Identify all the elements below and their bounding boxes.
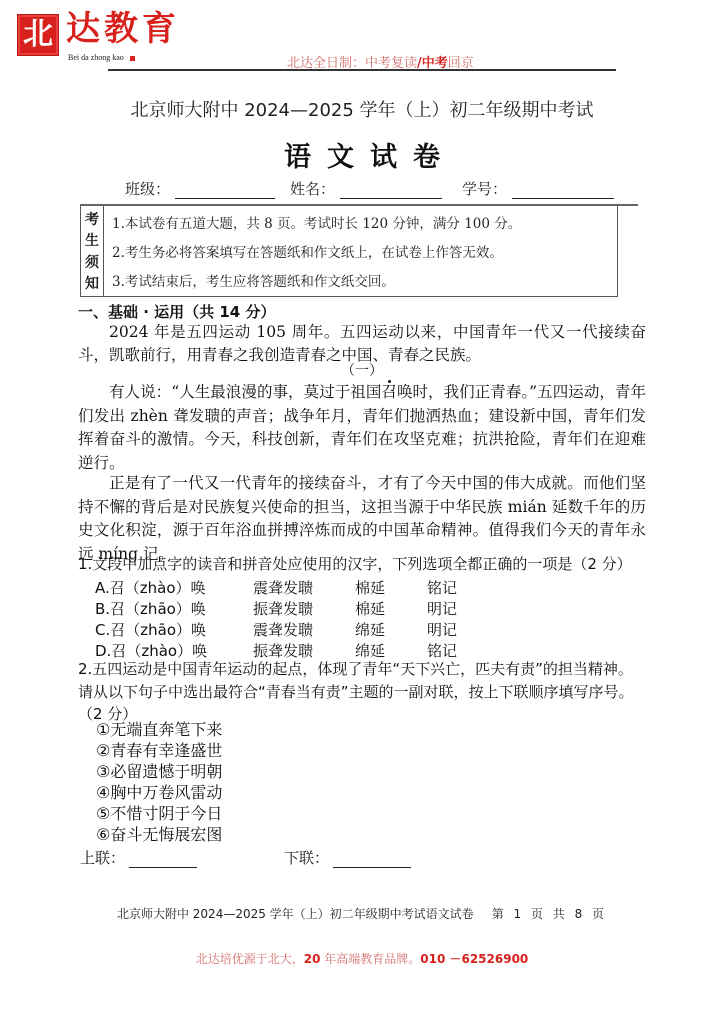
notice-heading-char: 考 (85, 209, 99, 229)
field-name[interactable]: 姓名： (290, 178, 442, 199)
exam-title: 北京师大附中 2024—2025 学年（上）初二年级期中考试 (0, 96, 724, 122)
section-heading: 一、基础 · 运用（共 14 分） (78, 301, 275, 322)
option-reading: B.召（zhāo）唤 (95, 598, 253, 619)
couplet-choice: ①无端直奔笔下来 (96, 720, 222, 740)
field-name-label: 姓名： (290, 178, 335, 199)
couplet-choice: ⑥奋斗无悔展宏图 (96, 825, 222, 845)
option-reading: C.召（zhāo）唤 (95, 619, 253, 640)
option-word: 震聋发聩 (253, 577, 355, 598)
couplet-choice: ③必留遗憾于明朝 (96, 762, 222, 782)
brand-logo-subtitle: Bei da zhong kao (68, 53, 135, 62)
field-class-blank[interactable] (175, 184, 275, 199)
upper-couplet-answer[interactable]: 上联： (80, 847, 197, 868)
promo-text: 北达培优源于北大， (196, 952, 304, 966)
option-word: 绵延 (355, 619, 427, 640)
field-student-id[interactable]: 学号： (462, 178, 614, 199)
field-name-blank[interactable] (340, 184, 442, 199)
emphasis-dot-char: 召 (381, 383, 397, 401)
option-word: 明记 (427, 619, 487, 640)
option-word: 棉延 (355, 598, 427, 619)
lower-couplet-blank[interactable] (333, 853, 411, 868)
question-1-stem: 1.文段中加点字的读音和拼音处应使用的汉字，下列选项全都正确的一项是（2 分） (78, 553, 646, 576)
notice-item: 1.本试卷有五道大题，共 8 页。考试时长 120 分钟，满分 100 分。 (112, 212, 609, 232)
option-word: 铭记 (427, 577, 487, 598)
passage-text: 有人说：“人生最浪漫的事，莫过于祖国 (109, 383, 381, 401)
couplet-choice: ②青春有幸逢盛世 (96, 741, 222, 761)
notice-heading-char: 须 (85, 252, 99, 272)
paper-title: 语文试卷 (0, 135, 724, 174)
logo-subtitle-text: Bei da zhong kao (68, 53, 124, 62)
notice-list: 1.本试卷有五道大题，共 8 页。考试时长 120 分钟，满分 100 分。 2… (104, 206, 617, 296)
footer-title: 北京师大附中 2024—2025 学年（上）初二年级期中考试语文试卷 (117, 907, 474, 921)
field-student-id-label: 学号： (462, 178, 507, 199)
option-word: 棉延 (355, 577, 427, 598)
passage-paragraph-1: 有人说：“人生最浪漫的事，莫过于祖国召唤时，我们正青春。”五四运动，青年们发出 … (78, 381, 646, 475)
question-1-option-a[interactable]: A.召（zhào）唤 震聋发聩 棉延 铭记 (95, 577, 487, 598)
notice-heading-char: 生 (85, 230, 99, 250)
brand-logo-mark: 北 (17, 14, 59, 56)
passage-paragraph-2: 正是有了一代又一代青年的接续奋斗，才有了今天中国的伟大成就。而他们坚持不懈的背后… (78, 472, 646, 566)
lower-couplet-label: 下联： (284, 849, 329, 867)
couplet-choice: ⑤不惜寸阴于今日 (96, 804, 222, 824)
part-label: （一） (0, 360, 724, 380)
field-class[interactable]: 班级： (125, 178, 275, 199)
question-2-stem: 2.五四运动是中国青年运动的起点，体现了青年“天下兴亡，匹夫有责”的担当精神。请… (78, 658, 646, 726)
question-1-option-c[interactable]: C.召（zhāo）唤 震聋发聩 绵延 明记 (95, 619, 487, 640)
option-word: 明记 (427, 598, 487, 619)
header-divider (108, 69, 616, 71)
promo-footer: 北达培优源于北大，20 年高端教育品牌。010 －62526900 (0, 950, 724, 967)
page-number: 第 1 页 共 8 页 (492, 907, 607, 921)
option-reading: A.召（zhào）唤 (95, 577, 253, 598)
promo-bold: 20 (304, 952, 321, 966)
field-class-label: 班级： (125, 178, 170, 199)
page-footer: 北京师大附中 2024—2025 学年（上）初二年级期中考试语文试卷第 1 页 … (0, 905, 724, 922)
option-word: 振聋发聩 (253, 598, 355, 619)
promo-text: 年高端教育品牌。 (320, 952, 420, 966)
square-bullet-icon (130, 56, 135, 61)
upper-couplet-label: 上联： (80, 849, 125, 867)
option-word: 震聋发聩 (253, 619, 355, 640)
couplet-choice: ④胸中万卷风雷动 (96, 783, 222, 803)
brand-logo-name: 达教育 (66, 12, 180, 46)
notice-box: 考 生 须 知 1.本试卷有五道大题，共 8 页。考试时长 120 分钟，满分 … (80, 206, 618, 297)
notice-item: 3.考试结束后，考生应将答题纸和作文纸交回。 (112, 270, 609, 290)
field-student-id-blank[interactable] (512, 184, 614, 199)
lower-couplet-answer[interactable]: 下联： (284, 847, 411, 868)
upper-couplet-blank[interactable] (129, 853, 197, 868)
notice-heading: 考 生 须 知 (81, 206, 104, 296)
question-1-option-b[interactable]: B.召（zhāo）唤 振聋发聩 棉延 明记 (95, 598, 487, 619)
notice-item: 2.考生务必将答案填写在答题纸和作文纸上，在试卷上作答无效。 (112, 241, 609, 261)
promo-phone: 010 －62526900 (420, 952, 528, 966)
notice-heading-char: 知 (85, 273, 99, 293)
